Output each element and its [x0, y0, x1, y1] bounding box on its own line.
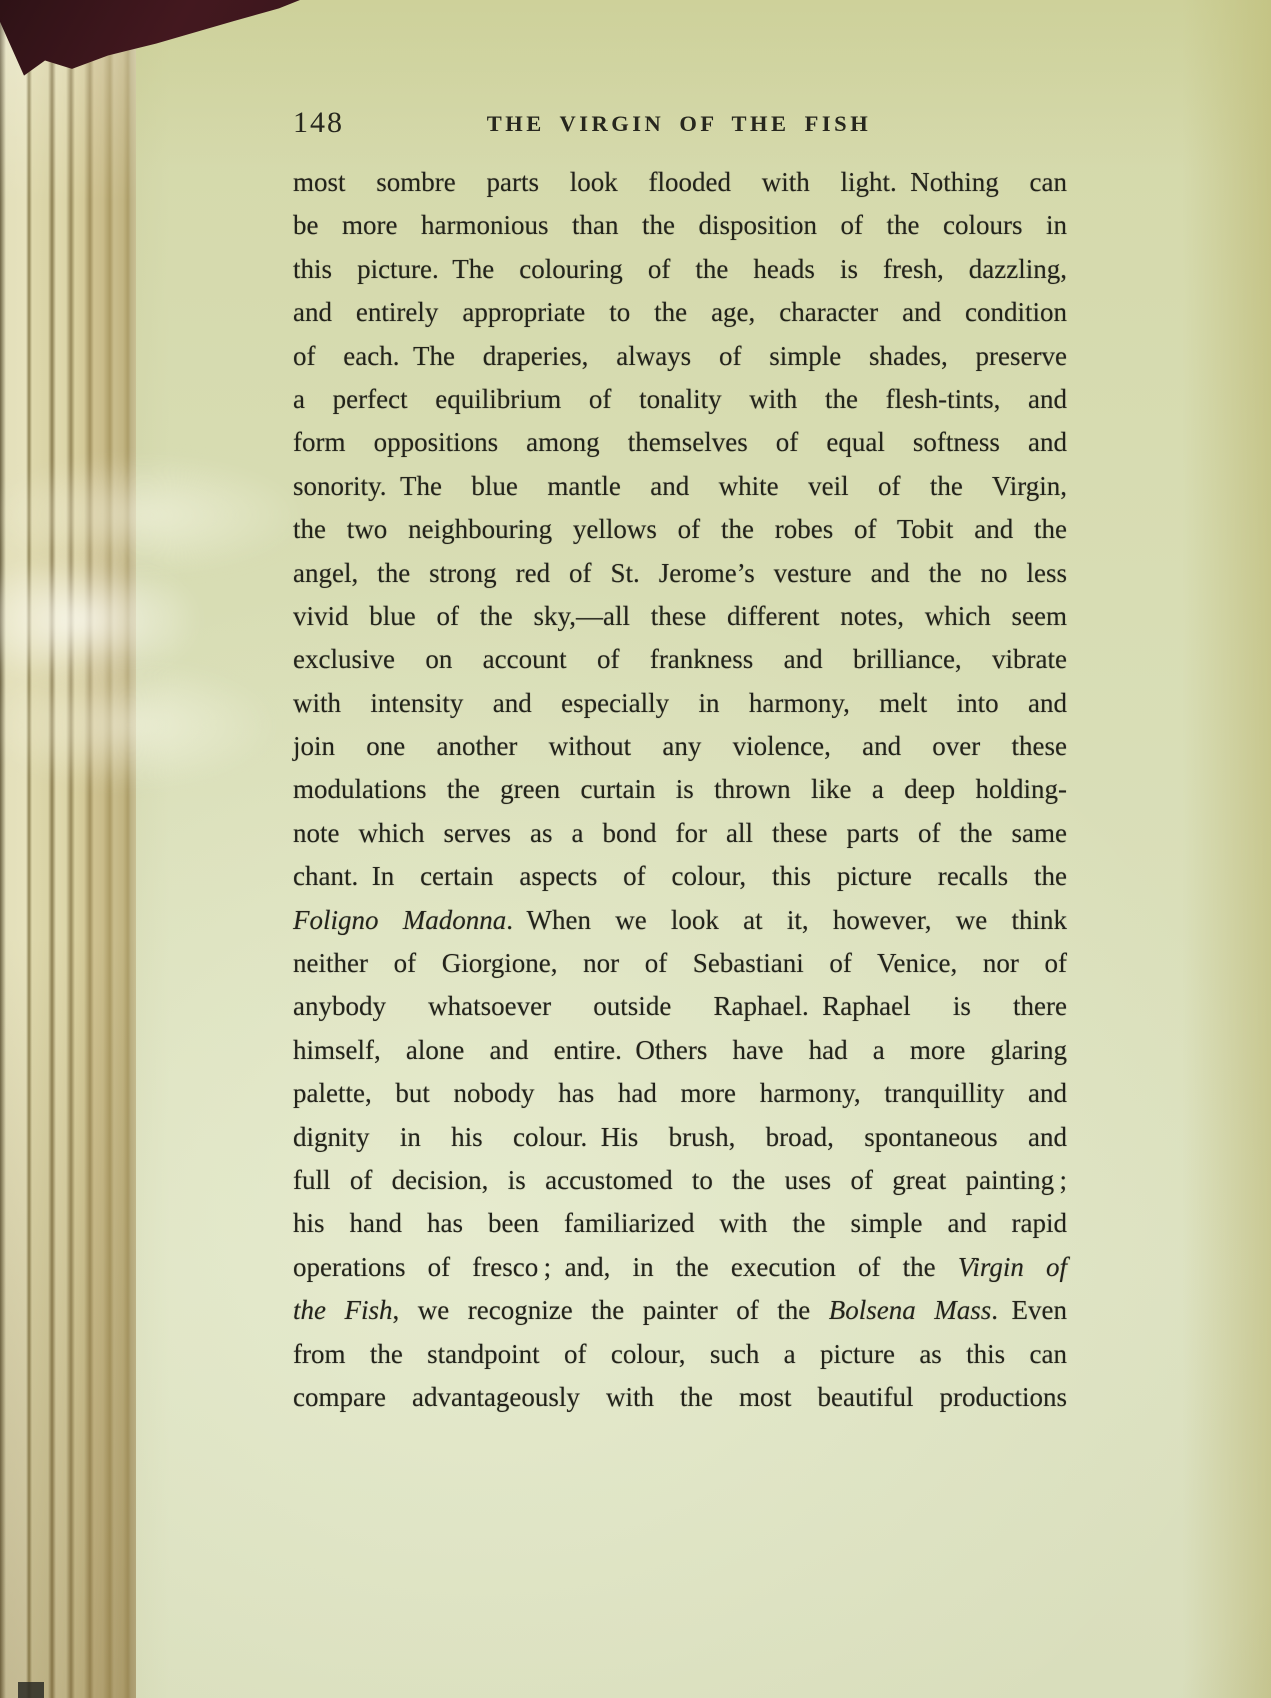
text-line: neither of Giorgione, nor of Sebastiani …: [293, 942, 1067, 985]
text-line: from the standpoint of colour, such a pi…: [293, 1333, 1067, 1376]
text-line: this picture. The colouring of the heads…: [293, 248, 1067, 291]
text-line: operations of fresco ; and, in the execu…: [293, 1246, 1067, 1289]
body-text: most sombre parts look flooded with ligh…: [293, 161, 1067, 1419]
text-line: the Fish, we recognize the painter of th…: [293, 1289, 1067, 1332]
page-header: 148 THE VIRGIN OF THE FISH: [293, 104, 1065, 144]
text-line: sonority. The blue mantle and white veil…: [293, 465, 1067, 508]
text-line: most sombre parts look flooded with ligh…: [293, 161, 1067, 204]
text-line: compare advantageously with the most bea…: [293, 1376, 1067, 1419]
text-line: palette, but nobody has had more harmony…: [293, 1072, 1067, 1115]
text-line: of each. The draperies, always of simple…: [293, 335, 1067, 378]
text-line: Foligno Madonna. When we look at it, how…: [293, 899, 1067, 942]
text-line: and entirely appropriate to the age, cha…: [293, 291, 1067, 334]
text-line: note which serves as a bond for all thes…: [293, 812, 1067, 855]
text-line: be more harmonious than the disposition …: [293, 204, 1067, 247]
text-line: exclusive on account of frankness and br…: [293, 638, 1067, 681]
bottom-left-mark: [18, 1682, 44, 1698]
text-line: join one another without any violence, a…: [293, 725, 1067, 768]
text-line: chant. In certain aspects of colour, thi…: [293, 855, 1067, 898]
text-line: his hand has been familiarized with the …: [293, 1202, 1067, 1245]
book-photo: 148 THE VIRGIN OF THE FISH most sombre p…: [0, 0, 1271, 1698]
text-line: dignity in his colour. His brush, broad,…: [293, 1116, 1067, 1159]
text-line: modulations the green curtain is thrown …: [293, 768, 1067, 811]
text-line: a perfect equilibrium of tonality with t…: [293, 378, 1067, 421]
text-line: full of decision, is accustomed to the u…: [293, 1159, 1067, 1202]
text-line: himself, alone and entire. Others have h…: [293, 1029, 1067, 1072]
text-line: the two neighbouring yellows of the robe…: [293, 508, 1067, 551]
text-line: anybody whatsoever outside Raphael. Raph…: [293, 985, 1067, 1028]
running-title: THE VIRGIN OF THE FISH: [293, 111, 1065, 137]
text-line: with intensity and especially in harmony…: [293, 682, 1067, 725]
text-line: form oppositions among themselves of equ…: [293, 421, 1067, 464]
text-line: vivid blue of the sky,—all these differe…: [293, 595, 1067, 638]
text-line: angel, the strong red of St. Jerome’s ve…: [293, 552, 1067, 595]
page-edges: [0, 0, 136, 1698]
